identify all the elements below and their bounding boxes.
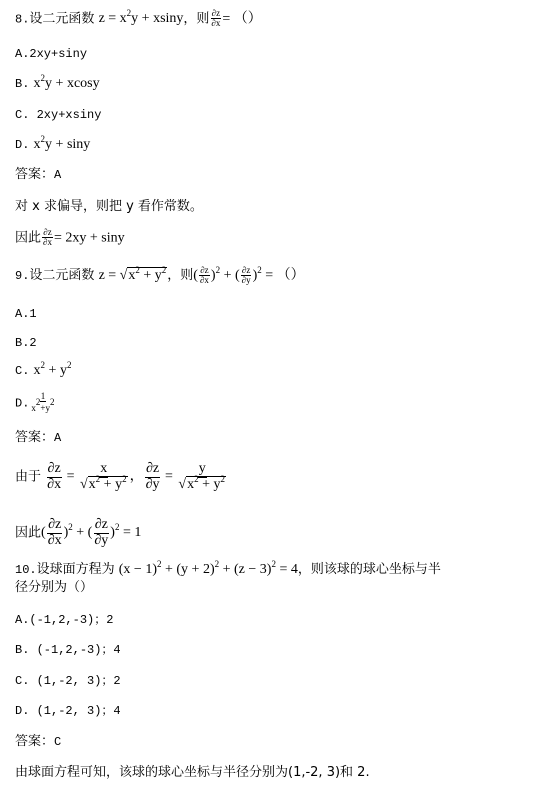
question-8-answer: 答案：A bbox=[15, 166, 61, 184]
question-10-option-c: C. (1,-2, 3)；2 bbox=[15, 672, 121, 690]
question-10-option-a: A.(-1,2,-3)；2 bbox=[15, 611, 113, 629]
question-8-function: z = x2y + xsiny bbox=[99, 11, 184, 26]
question-9-option-b: B.2 bbox=[15, 334, 37, 352]
question-9-explanation-1: 由于 ∂z∂x = x√x2 + y2，∂z∂y = y√x2 + y2 bbox=[15, 462, 228, 492]
question-9-stem: 9.设二元函数 z = √x2 + y2，则(∂z∂x)2 + (∂z∂y)2 … bbox=[15, 266, 305, 286]
question-8-explanation-1: 对 x 求偏导，则把 y 看作常数。 bbox=[15, 198, 203, 216]
question-10-answer: 答案：C bbox=[15, 733, 61, 751]
question-10-stem: 10.设球面方程为 (x − 1)2 + (y + 2)2 + (z − 3)2… bbox=[15, 561, 441, 579]
question-9-explanation-2: 因此(∂z∂x)2 + (∂z∂y)2 = 1 bbox=[15, 518, 141, 548]
partial-z-x-fraction: ∂z∂x bbox=[210, 9, 221, 29]
question-8-option-c: C. 2xy+xsiny bbox=[15, 106, 101, 124]
question-8-option-b: B. x2y + xcosy bbox=[15, 75, 100, 93]
question-8-stem: 8.设二元函数 z = x2y + xsiny，则∂z∂x= （） bbox=[15, 9, 262, 29]
question-9-option-a: A.1 bbox=[15, 305, 37, 323]
question-10-explanation: 由球面方程可知，该球的球心坐标与半径分别为(1,-2, 3)和 2. bbox=[15, 764, 370, 782]
question-10-stem-line2: 径分别为（） bbox=[15, 579, 93, 597]
question-8-option-a: A.2xy+siny bbox=[15, 45, 87, 63]
question-8-explanation-2: 因此∂z∂x= 2xy + siny bbox=[15, 228, 125, 248]
question-10-option-b: B. (-1,2,-3)；4 bbox=[15, 641, 121, 659]
question-9-option-d: D.1x2+y2 bbox=[15, 392, 56, 414]
question-9-answer: 答案：A bbox=[15, 429, 61, 447]
question-9-option-c: C. x2 + y2 bbox=[15, 362, 71, 380]
question-8-option-d: D. x2y + siny bbox=[15, 136, 90, 154]
question-10-option-d: D. (1,-2, 3)；4 bbox=[15, 702, 121, 720]
